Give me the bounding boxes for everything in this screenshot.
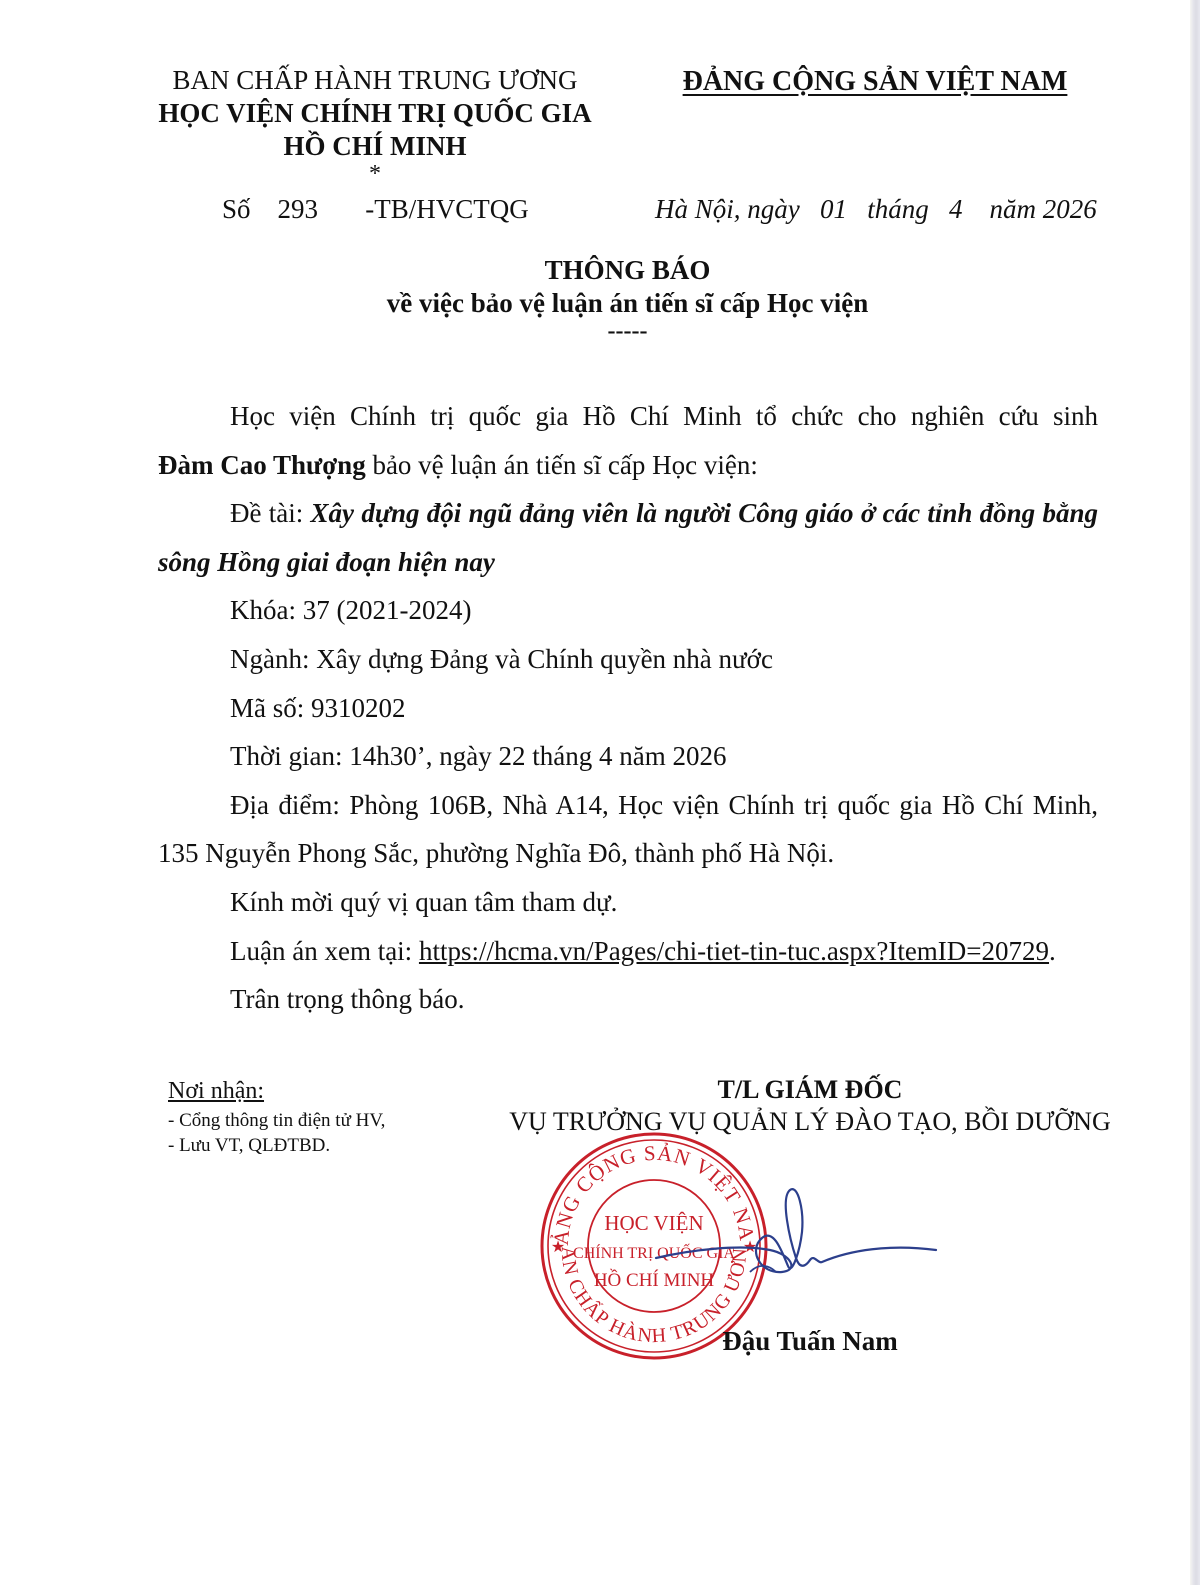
recipient-item: - Cổng thông tin điện tử HV, [168, 1108, 385, 1133]
title-main: THÔNG BÁO [0, 254, 1200, 287]
thesis-tail: . [1049, 936, 1056, 966]
reference-code: -TB/HVCTQG [365, 194, 529, 224]
topic-title-part-1: Xây dựng đội ngũ đảng viên là người Công… [311, 498, 1098, 528]
star-mark: * [140, 163, 610, 185]
invitation: Kính mời quý vị quan tâm tham dự. [158, 878, 1098, 927]
topic-label: Đề tài: [230, 498, 311, 528]
recipient-item: - Lưu VT, QLĐTBD. [168, 1133, 385, 1158]
date-month-label: tháng [867, 194, 929, 224]
intro-continuation: Đàm Cao Thượng bảo vệ luận án tiến sĩ cấ… [158, 441, 1098, 490]
document-reference: Số 293 -TB/HVCTQG [222, 194, 529, 225]
thesis-link-line: Luận án xem tại: https://hcma.vn/Pages/c… [158, 927, 1098, 976]
on-behalf-title: T/L GIÁM ĐỐC [500, 1074, 1120, 1106]
authority-line-1: BAN CHẤP HÀNH TRUNG ƯƠNG [140, 64, 610, 97]
recipients-block: Nơi nhận: - Cổng thông tin điện tử HV, -… [168, 1074, 385, 1158]
handwritten-signature-icon [650, 1180, 940, 1300]
party-name: ĐẢNG CỘNG SẢN VIỆT NAM [683, 66, 1068, 97]
recipients-heading: Nơi nhận: [168, 1074, 385, 1108]
location-line-2: 135 Nguyễn Phong Sắc, phường Nghĩa Đô, t… [158, 829, 1098, 878]
thesis-link[interactable]: https://hcma.vn/Pages/chi-tiet-tin-tuc.a… [419, 936, 1049, 966]
date-place: Hà Nội, ngày [655, 194, 800, 224]
party-heading: ĐẢNG CỘNG SẢN VIỆT NAM [640, 64, 1110, 100]
major-code: Mã số: 9310202 [158, 684, 1098, 733]
location-line-1: Địa điểm: Phòng 106B, Nhà A14, Học viện … [158, 781, 1098, 830]
authority-line-3: HỒ CHÍ MINH [140, 130, 610, 163]
course-info: Khóa: 37 (2021-2024) [158, 586, 1098, 635]
page-edge-shadow [1190, 0, 1200, 1585]
issue-date: Hà Nội, ngày 01 tháng 4 năm 2026 [655, 194, 1097, 225]
document-body: Học viện Chính trị quốc gia Hồ Chí Minh … [158, 392, 1098, 1024]
candidate-name: Đàm Cao Thượng [158, 450, 366, 480]
date-day: 01 [820, 194, 847, 224]
stamp-star-left-icon: ★ [551, 1239, 565, 1256]
date-year-label: năm [990, 194, 1037, 224]
date-month: 4 [949, 194, 963, 224]
signature-block: T/L GIÁM ĐỐC VỤ TRƯỞNG VỤ QUẢN LÝ ĐÀO TẠ… [500, 1074, 1120, 1138]
issuing-authority: BAN CHẤP HÀNH TRUNG ƯƠNG HỌC VIỆN CHÍNH … [140, 64, 610, 185]
signer-name: Đậu Tuấn Nam [700, 1326, 920, 1357]
intro-tail: bảo vệ luận án tiến sĩ cấp Học viện: [366, 450, 758, 480]
closing: Trân trọng thông báo. [158, 975, 1098, 1024]
reference-number: 293 [278, 194, 319, 224]
defense-time: Thời gian: 14h30’, ngày 22 tháng 4 năm 2… [158, 732, 1098, 781]
date-year: 2026 [1043, 194, 1097, 224]
intro-paragraph: Học viện Chính trị quốc gia Hồ Chí Minh … [158, 392, 1098, 441]
topic-title-part-2: sông Hồng giai đoạn hiện nay [158, 538, 1098, 587]
title-subtitle: về việc bảo vệ luận án tiến sĩ cấp Học v… [0, 287, 1200, 320]
major-info: Ngành: Xây dựng Đảng và Chính quyền nhà … [158, 635, 1098, 684]
thesis-label: Luận án xem tại: [230, 936, 419, 966]
topic-line-1: Đề tài: Xây dựng đội ngũ đảng viên là ng… [158, 489, 1098, 538]
title-separator: ----- [0, 318, 1200, 345]
authority-line-2: HỌC VIỆN CHÍNH TRỊ QUỐC GIA [140, 97, 610, 130]
reference-prefix: Số [222, 194, 251, 224]
document-title: THÔNG BÁO về việc bảo vệ luận án tiến sĩ… [0, 254, 1200, 320]
